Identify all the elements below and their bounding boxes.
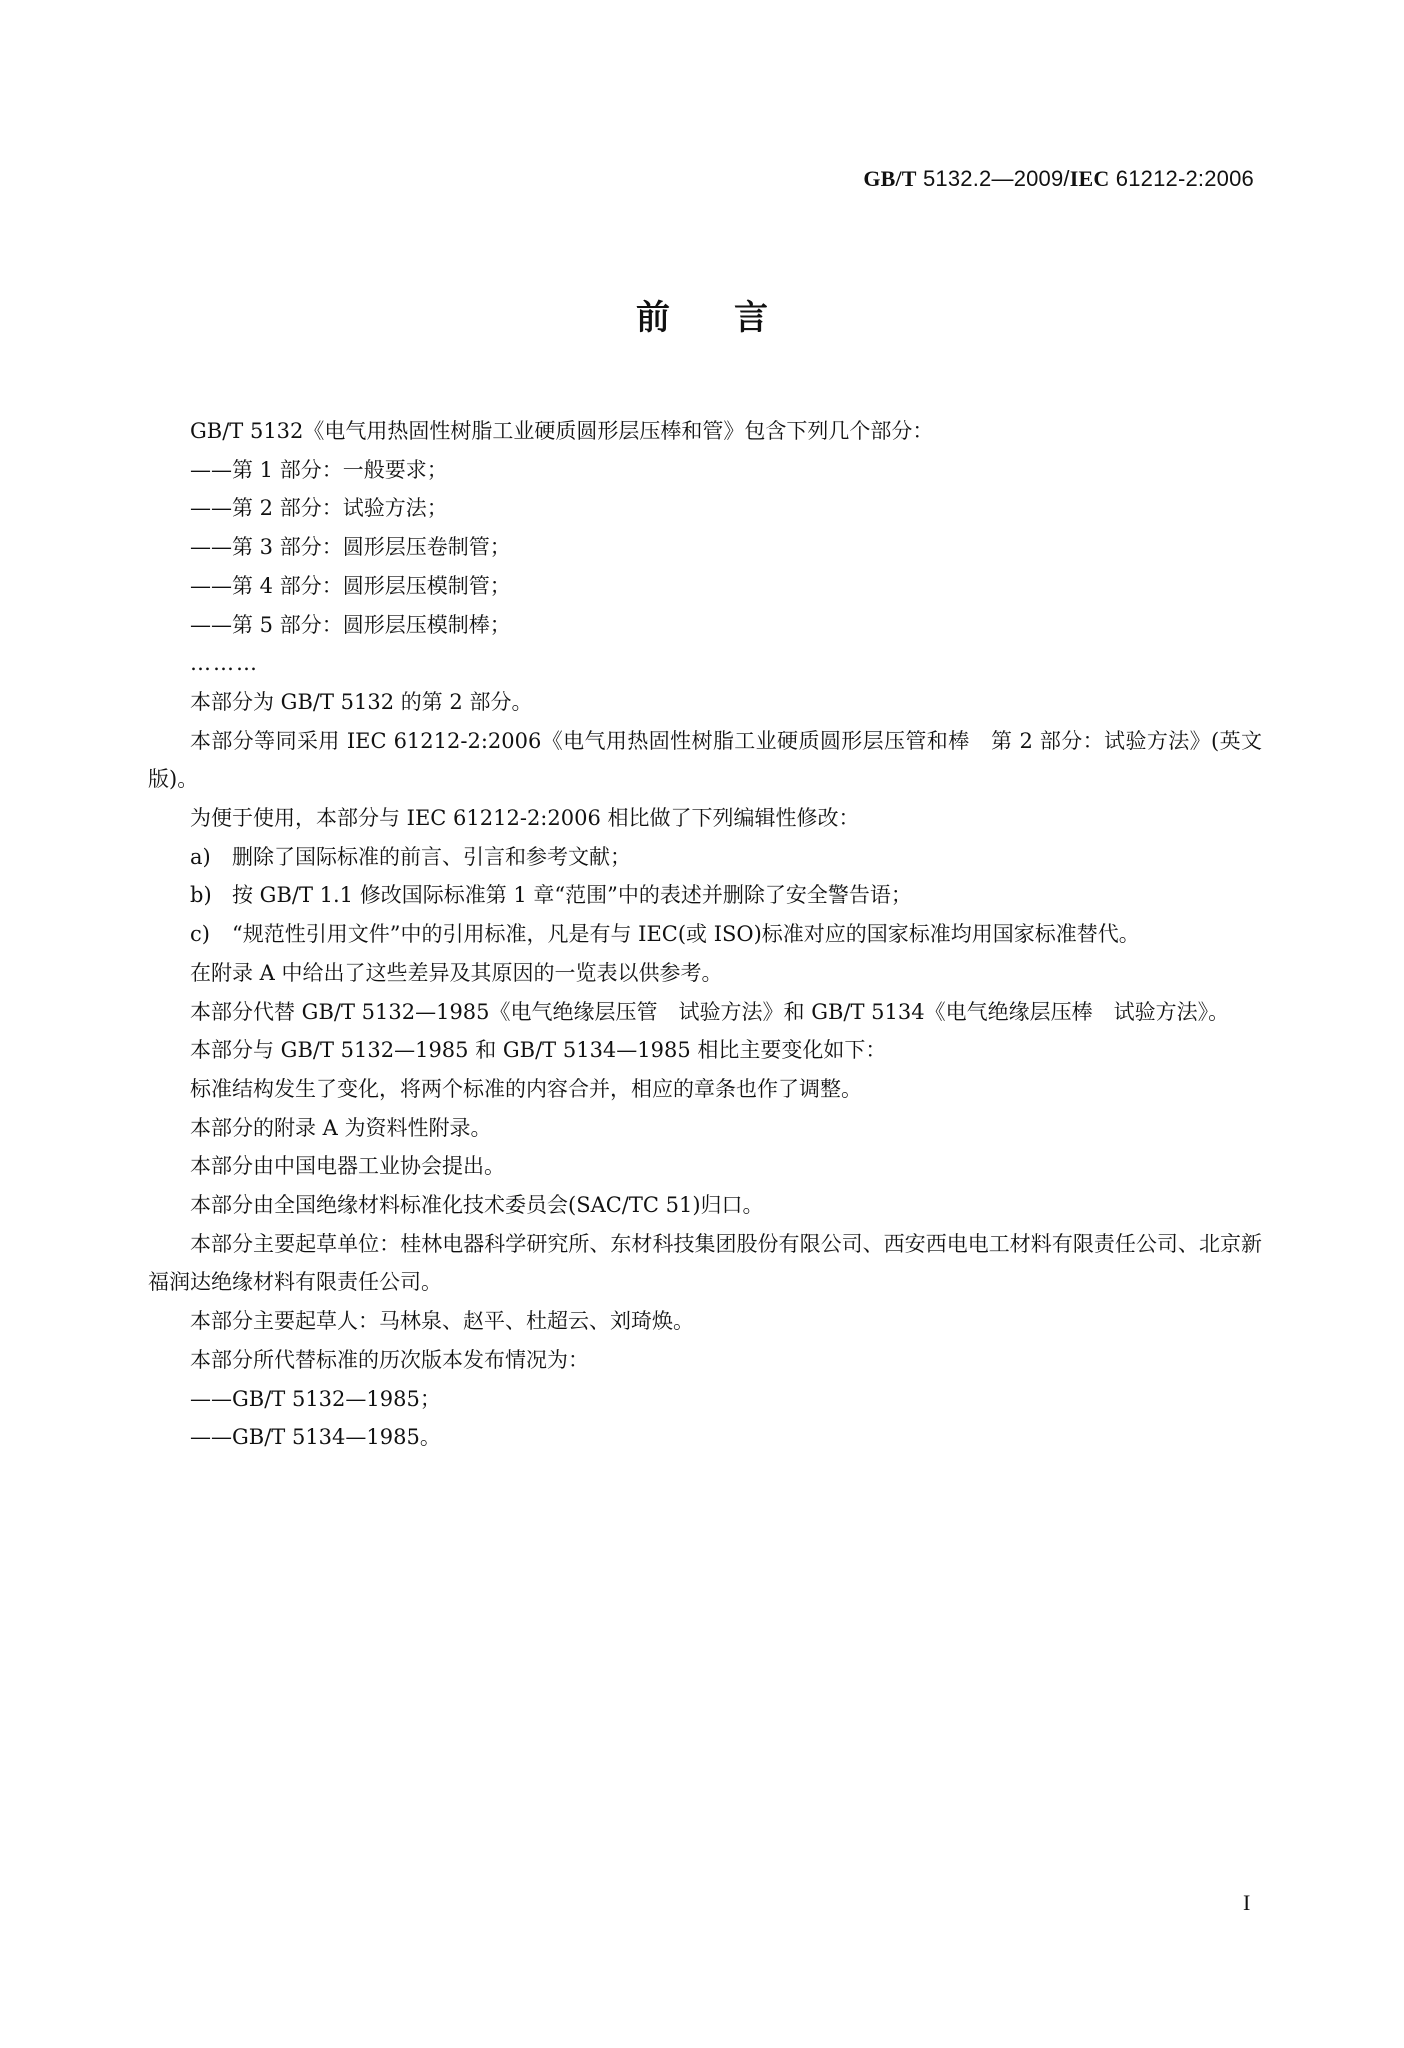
standard-number: 5132.2—2009/: [917, 166, 1070, 191]
part-list-item: ——第 5 部分：圆形层压模制棒；: [148, 606, 1262, 645]
paragraph-modifications-intro: 为便于使用，本部分与 IEC 61212-2:2006 相比做了下列编辑性修改：: [148, 799, 1262, 838]
paragraph-proposed-by: 本部分由中国电器工业协会提出。: [148, 1147, 1262, 1186]
page-number: I: [1243, 1890, 1250, 1916]
modification-item-c: c)“规范性引用文件”中的引用标准，凡是有与 IEC(或 ISO)标准对应的国家…: [148, 915, 1262, 954]
part-list-item: ——第 3 部分：圆形层压卷制管；: [148, 528, 1262, 567]
document-body: GB/T 5132《电气用热固性树脂工业硬质圆形层压棒和管》包含下列几个部分： …: [148, 412, 1262, 1457]
list-text: “规范性引用文件”中的引用标准，凡是有与 IEC(或 ISO)标准对应的国家标准…: [232, 922, 1140, 946]
paragraph-adoption: 本部分等同采用 IEC 61212-2:2006《电气用热固性树脂工业硬质圆形层…: [148, 722, 1262, 799]
iec-prefix: IEC: [1070, 166, 1110, 191]
part-list-item: ——第 4 部分：圆形层压模制管；: [148, 567, 1262, 606]
part-list-item: ——第 2 部分：试验方法；: [148, 489, 1262, 528]
history-item: ——GB/T 5132—1985；: [148, 1380, 1262, 1419]
gbt-prefix: GB/T: [863, 166, 916, 191]
paragraph-part-statement: 本部分为 GB/T 5132 的第 2 部分。: [148, 683, 1262, 722]
list-label: b): [190, 876, 232, 915]
list-text: 删除了国际标准的前言、引言和参考文献；: [232, 845, 631, 869]
ellipsis: ………: [148, 644, 1262, 683]
paragraph-history-intro: 本部分所代替标准的历次版本发布情况为：: [148, 1341, 1262, 1380]
modification-item-a: a)删除了国际标准的前言、引言和参考文献；: [148, 838, 1262, 877]
modification-item-b: b)按 GB/T 1.1 修改国际标准第 1 章“范围”中的表述并删除了安全警告…: [148, 876, 1262, 915]
list-label: c): [190, 915, 232, 954]
paragraph-drafting-units: 本部分主要起草单位：桂林电器科学研究所、东材科技集团股份有限公司、西安西电电工材…: [148, 1225, 1262, 1302]
page-title: 前言: [0, 290, 1404, 339]
intro-paragraph: GB/T 5132《电气用热固性树脂工业硬质圆形层压棒和管》包含下列几个部分：: [148, 412, 1262, 451]
paragraph-centralized-by: 本部分由全国绝缘材料标准化技术委员会(SAC/TC 51)归口。: [148, 1186, 1262, 1225]
history-item: ——GB/T 5134—1985。: [148, 1418, 1262, 1457]
list-text: 按 GB/T 1.1 修改国际标准第 1 章“范围”中的表述并删除了安全警告语；: [232, 883, 912, 907]
paragraph-annex-informative: 本部分的附录 A 为资料性附录。: [148, 1109, 1262, 1148]
list-label: a): [190, 838, 232, 877]
paragraph-annex-reference: 在附录 A 中给出了这些差异及其原因的一览表以供参考。: [148, 954, 1262, 993]
paragraph-changes-intro: 本部分与 GB/T 5132—1985 和 GB/T 5134—1985 相比主…: [148, 1031, 1262, 1070]
paragraph-drafters: 本部分主要起草人：马林泉、赵平、杜超云、刘琦焕。: [148, 1302, 1262, 1341]
iec-number: 61212-2:2006: [1109, 166, 1254, 191]
paragraph-replaces: 本部分代替 GB/T 5132—1985《电气绝缘层压管 试验方法》和 GB/T…: [148, 993, 1262, 1032]
standard-code-header: GB/T 5132.2—2009/IEC 61212-2:2006: [863, 166, 1254, 192]
paragraph-structure-change: 标准结构发生了变化，将两个标准的内容合并，相应的章条也作了调整。: [148, 1070, 1262, 1109]
part-list-item: ——第 1 部分：一般要求；: [148, 451, 1262, 490]
